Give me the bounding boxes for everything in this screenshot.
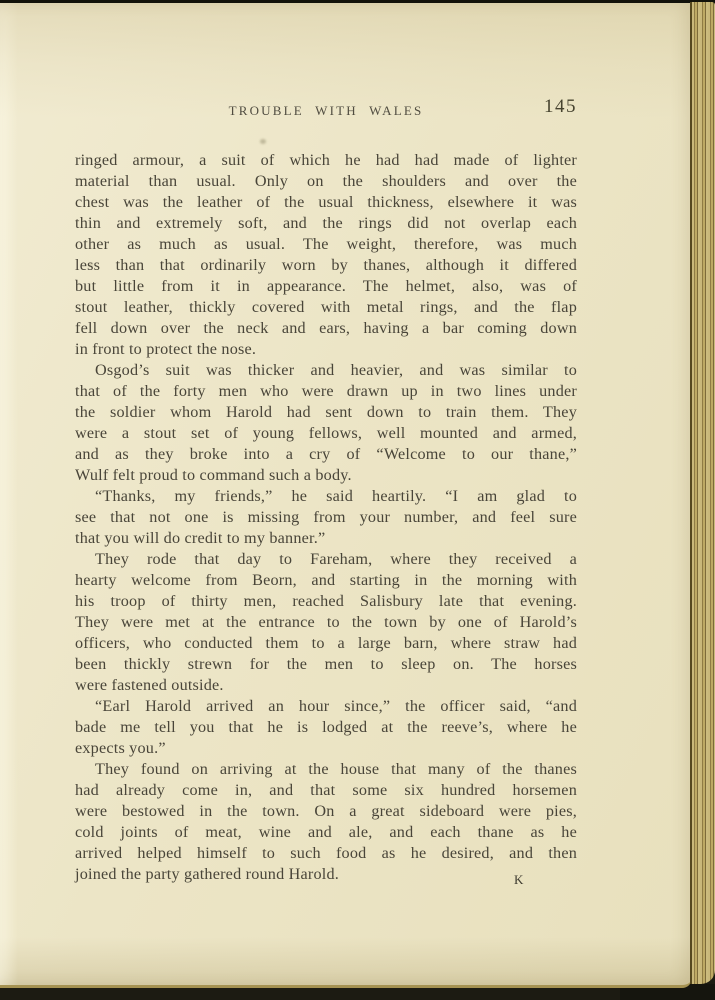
text-line: thin and extremely soft, and the rings d… (75, 213, 577, 234)
text-line: other as much as usual. The weight, ther… (75, 234, 577, 255)
text-line: stout leather, thickly covered with meta… (75, 297, 577, 318)
text-line: They were met at the entrance to the tow… (75, 612, 577, 633)
text-line: officers, who conducted them to a large … (75, 633, 577, 654)
paragraph: They found on arriving at the house that… (75, 759, 577, 885)
text-line: expects you.” (75, 738, 577, 759)
text-line: hearty welcome from Beorn, and starting … (75, 570, 577, 591)
text-line: cold joints of meat, wine and ale, and e… (75, 822, 577, 843)
text-line: his troop of thirty men, reached Salisbu… (75, 591, 577, 612)
book-foredge (690, 2, 715, 984)
text-line: “Earl Harold arrived an hour since,” the… (75, 696, 577, 717)
running-header: TROUBLE WITH WALES 145 (75, 96, 577, 122)
text-line: chest was the leather of the usual thick… (75, 192, 577, 213)
text-line: joined the party gathered round Harold. (75, 864, 577, 885)
page-number: 145 (544, 96, 577, 118)
text-line: material than usual. Only on the shoulde… (75, 171, 577, 192)
paragraph: ringed armour, a suit of which he had ha… (75, 150, 577, 360)
text-line: were a stout set of young fellows, well … (75, 423, 577, 444)
text-line: They rode that day to Fareham, where the… (75, 549, 577, 570)
paragraph: “Thanks, my friends,” he said heartily. … (75, 486, 577, 549)
text-block: TROUBLE WITH WALES 145 ringed armour, a … (75, 96, 577, 885)
printers-signature: K (514, 872, 524, 888)
text-line: but little from it in appearance. The he… (75, 276, 577, 297)
text-line: the soldier whom Harold had sent down to… (75, 402, 577, 423)
text-line: see that not one is missing from your nu… (75, 507, 577, 528)
text-line: Osgod’s suit was thicker and heavier, an… (75, 360, 577, 381)
text-line: and as they broke into a cry of “Welcome… (75, 444, 577, 465)
text-line: been thickly strewn for the men to sleep… (75, 654, 577, 675)
book-page: TROUBLE WITH WALES 145 ringed armour, a … (0, 3, 692, 988)
body-text: ringed armour, a suit of which he had ha… (75, 150, 577, 885)
scan-bottom-strip (0, 988, 692, 1000)
book-scan: TROUBLE WITH WALES 145 ringed armour, a … (0, 0, 715, 1000)
text-line: had already come in, and that some six h… (75, 780, 577, 801)
text-line: “Thanks, my friends,” he said heartily. … (75, 486, 577, 507)
text-line: less than that ordinarily worn by thanes… (75, 255, 577, 276)
paragraph: “Earl Harold arrived an hour since,” the… (75, 696, 577, 759)
text-line: Wulf felt proud to command such a body. (75, 465, 577, 486)
chapter-running-title: TROUBLE WITH WALES (229, 103, 424, 119)
text-line: bade me tell you that he is lodged at th… (75, 717, 577, 738)
text-line: were fastened outside. (75, 675, 577, 696)
text-line: that of the forty men who were drawn up … (75, 381, 577, 402)
text-line: ringed armour, a suit of which he had ha… (75, 150, 577, 171)
text-line: were bestowed in the town. On a great si… (75, 801, 577, 822)
text-line: in front to protect the nose. (75, 339, 577, 360)
paragraph: They rode that day to Fareham, where the… (75, 549, 577, 696)
text-line: fell down over the neck and ears, having… (75, 318, 577, 339)
text-line: that you will do credit to my banner.” (75, 528, 577, 549)
text-line: arrived helped himself to such food as h… (75, 843, 577, 864)
paragraph: Osgod’s suit was thicker and heavier, an… (75, 360, 577, 486)
text-line: They found on arriving at the house that… (75, 759, 577, 780)
